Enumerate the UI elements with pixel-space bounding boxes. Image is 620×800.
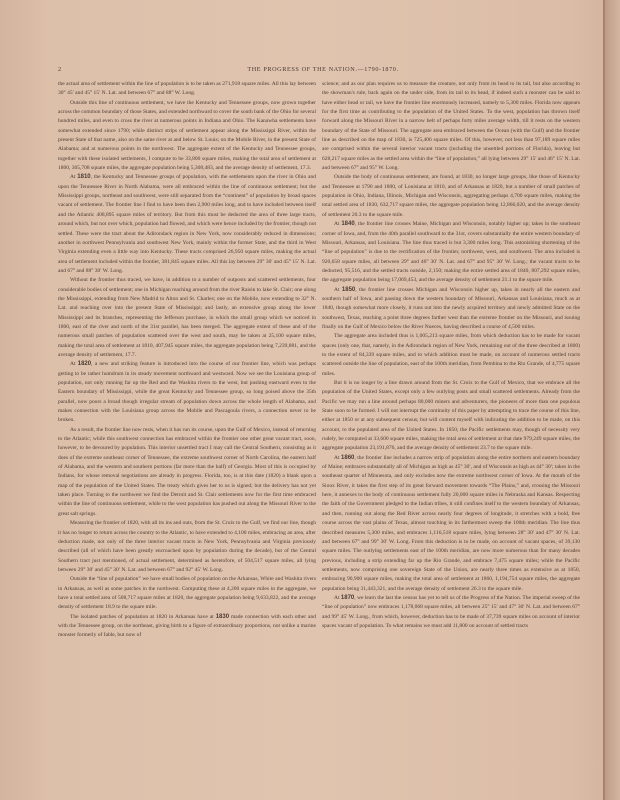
paragraph: As a result, the frontier line now rests…: [58, 426, 316, 519]
paragraph-lead: At: [334, 595, 341, 601]
paragraph-text: Outside the “line of population” we have…: [58, 576, 316, 610]
paragraph-text: The aggregate area included thus is 1,00…: [322, 333, 580, 376]
paragraph-text: As a result, the frontier line now rests…: [58, 427, 316, 517]
paragraph-text: But it is no longer by a line drawn arou…: [322, 380, 580, 451]
year-heading-1850: 1850: [342, 287, 355, 293]
paragraph: But it is no longer by a line drawn arou…: [322, 379, 580, 454]
paragraph-lead: The isolated patches of population at 18…: [70, 614, 216, 620]
paragraph-text: the actual area of settlement within the…: [58, 81, 316, 96]
running-title: THE PROGRESS OF THE NATION.—1790-1870.: [58, 66, 588, 73]
year-heading-1870: 1870: [341, 595, 354, 601]
paragraph-text: Without the frontier thus traced, we hav…: [58, 277, 316, 358]
paragraph-text: , the frontier line crosses Michigan and…: [322, 287, 580, 330]
paragraph: Measuring the frontier of 1820, with all…: [58, 519, 316, 575]
paragraph-1860: At 1860, the frontier line includes a na…: [322, 454, 580, 594]
paragraph: Outside the “line of population” we have…: [58, 575, 316, 612]
page-gutter-shadow: [605, 0, 620, 800]
year-heading-1860: 1860: [341, 455, 354, 461]
paragraph-text: , a new and striking feature is introduc…: [58, 361, 316, 423]
paragraph-text: , the frontier line crosses Maine, Michi…: [322, 221, 580, 283]
paragraph-text: science; and as our plan requires us to …: [322, 81, 580, 171]
paragraph-1820: At 1820, a new and striking feature is i…: [58, 360, 316, 425]
paragraph: Outside this line of continuous settleme…: [58, 99, 316, 174]
paragraph-text: Outside the body of continuous settlemen…: [322, 174, 580, 217]
year-heading-1830: 1830: [216, 614, 229, 620]
paragraph: the actual area of settlement within the…: [58, 80, 316, 99]
paragraph-lead: At: [334, 287, 342, 293]
paragraph-lead: At: [70, 361, 78, 367]
paragraph-1870: At 1870, we learn the last the census ha…: [322, 594, 580, 631]
paragraph-text: , we learn the last the census has yet t…: [322, 595, 580, 629]
paragraph-1810: At 1810, the Kentucky and Tennessee grou…: [58, 173, 316, 276]
year-heading-1820: 1820: [78, 361, 91, 367]
paragraph: The aggregate area included thus is 1,00…: [322, 332, 580, 379]
left-text-column: the actual area of settlement within the…: [58, 80, 316, 641]
paragraph-text: Measuring the frontier of 1820, with all…: [58, 520, 316, 573]
paragraph-text: , the frontier line includes a narrow st…: [322, 455, 580, 592]
paragraph: science; and as our plan requires us to …: [322, 80, 580, 173]
paragraph: Outside the body of continuous settlemen…: [322, 173, 580, 220]
scanned-book-page: 2 THE PROGRESS OF THE NATION.—1790-1870.…: [0, 0, 620, 800]
paragraph-text: , the Kentucky and Tennessee groups of p…: [58, 174, 316, 273]
paragraph-1830: The isolated patches of population at 18…: [58, 613, 316, 641]
paragraph: Without the frontier thus traced, we hav…: [58, 276, 316, 360]
paragraph-1840: At 1840, the frontier line crosses Maine…: [322, 220, 580, 285]
year-heading-1810: 1810: [77, 174, 90, 180]
paragraph-1850: At 1850, the frontier line crosses Michi…: [322, 286, 580, 333]
right-text-column: science; and as our plan requires us to …: [322, 80, 580, 631]
page-header: 2 THE PROGRESS OF THE NATION.—1790-1870.: [58, 66, 588, 76]
paragraph-lead: At: [334, 455, 341, 461]
paragraph-text: Outside this line of continuous settleme…: [58, 100, 316, 171]
year-heading-1840: 1840: [341, 221, 354, 227]
